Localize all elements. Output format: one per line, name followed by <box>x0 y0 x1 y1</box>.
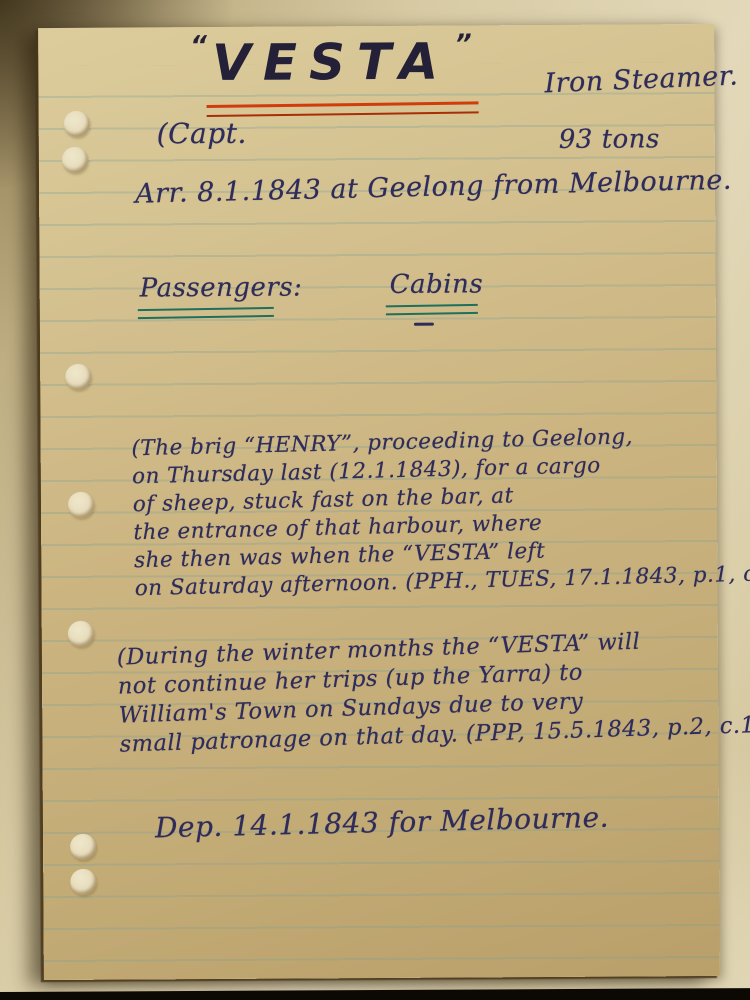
notebook-page: “ VESTA ” Iron Steamer. (Capt. 93 tons A… <box>38 24 720 980</box>
ship-name-title: VESTA <box>212 33 450 92</box>
page-title: “ VESTA ” <box>190 29 472 92</box>
note-winter-service: (During the winter months the “VESTA” wi… <box>117 624 750 760</box>
passengers-heading: Passengers: <box>140 272 303 303</box>
captain-line: (Capt. <box>157 117 247 151</box>
punch-hole <box>68 621 94 647</box>
punch-hole <box>62 147 88 173</box>
open-quote-mark: “ <box>190 31 207 61</box>
punch-hole <box>70 834 96 860</box>
punch-hole <box>68 492 94 518</box>
punch-hole <box>64 111 90 137</box>
photograph-of-document: “ VESTA ” Iron Steamer. (Capt. 93 tons A… <box>0 0 750 1000</box>
green-double-underline <box>386 304 478 316</box>
close-quote-mark: ” <box>455 29 472 59</box>
photo-bottom-shadow <box>0 988 750 1000</box>
punch-hole <box>65 364 91 390</box>
note-brig-henry: (The brig “HENRY”, proceeding to Geelong… <box>131 420 750 604</box>
cabins-heading: Cabins <box>390 269 484 300</box>
punch-hole <box>70 869 96 895</box>
cabins-dash-mark <box>414 323 434 326</box>
tonnage-note: 93 tons <box>559 124 660 155</box>
